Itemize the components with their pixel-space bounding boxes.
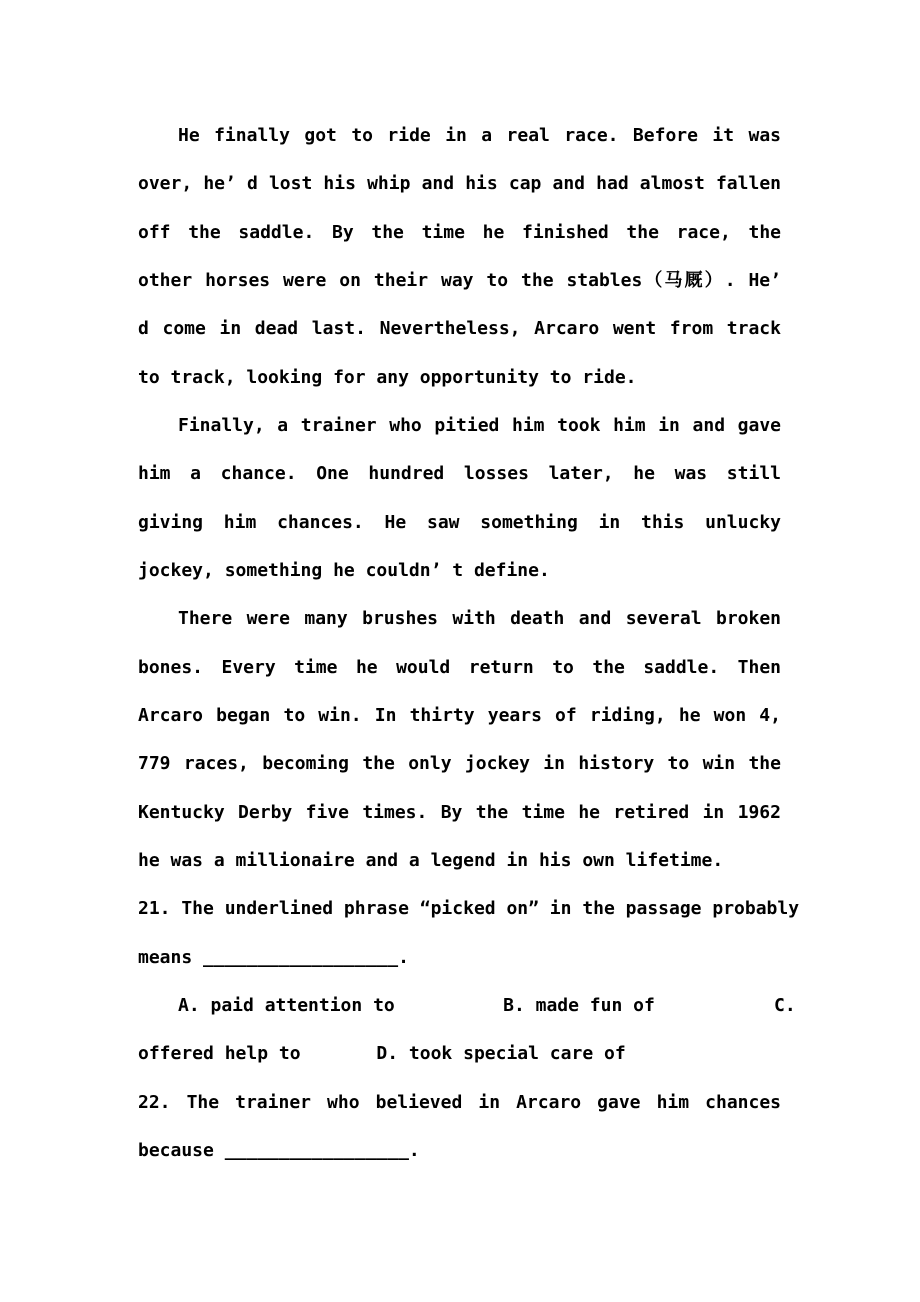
passage-line-16: he was a millionaire and a legend in his… bbox=[138, 837, 781, 885]
passage-line-3: off the saddle. By the time he finished … bbox=[138, 209, 781, 257]
passage-line-13: Arcaro began to win. In thirty years of … bbox=[138, 692, 781, 740]
question-22: 22. The trainer who believed in Arcaro g… bbox=[138, 1079, 781, 1176]
question-21-options-cd: offered help to D. took special care of bbox=[138, 1030, 781, 1078]
passage-line-12: bones. Every time he would return to the… bbox=[138, 644, 781, 692]
passage-line-11: There were many brushes with death and s… bbox=[138, 595, 781, 643]
question-21-blank-line: means __________________. bbox=[138, 934, 781, 982]
passage-line-7: Finally, a trainer who pitied him took h… bbox=[138, 402, 781, 450]
text-block: He finally got to ride in a real race. B… bbox=[138, 112, 781, 1175]
passage-line-1: He finally got to ride in a real race. B… bbox=[138, 112, 781, 160]
passage-line-9: giving him chances. He saw something in … bbox=[138, 499, 781, 547]
passage-line-2: over, he’ d lost his whip and his cap an… bbox=[138, 160, 781, 208]
passage-line-14: 779 races, becoming the only jockey in h… bbox=[138, 740, 781, 788]
question-22-stem-line-1: 22. The trainer who believed in Arcaro g… bbox=[138, 1079, 781, 1127]
passage-line-4: other horses were on their way to the st… bbox=[138, 257, 781, 305]
passage-line-5: d come in dead last. Nevertheless, Arcar… bbox=[138, 305, 781, 353]
document-page: { "page": { "background": "#ffffff", "te… bbox=[0, 0, 920, 1302]
question-21-options-abc: A. paid attention to B. made fun of C. bbox=[138, 982, 781, 1030]
reading-passage: He finally got to ride in a real race. B… bbox=[138, 112, 781, 885]
question-21: 21. The underlined phrase “picked on” in… bbox=[138, 885, 781, 1078]
passage-line-15: Kentucky Derby five times. By the time h… bbox=[138, 789, 781, 837]
passage-line-10: jockey, something he couldn’ t define. bbox=[138, 547, 781, 595]
question-21-stem-line-1: 21. The underlined phrase “picked on” in… bbox=[138, 885, 781, 933]
passage-line-6: to track, looking for any opportunity to… bbox=[138, 354, 781, 402]
question-22-blank-line: because _________________. bbox=[138, 1127, 781, 1175]
passage-line-8: him a chance. One hundred losses later, … bbox=[138, 450, 781, 498]
